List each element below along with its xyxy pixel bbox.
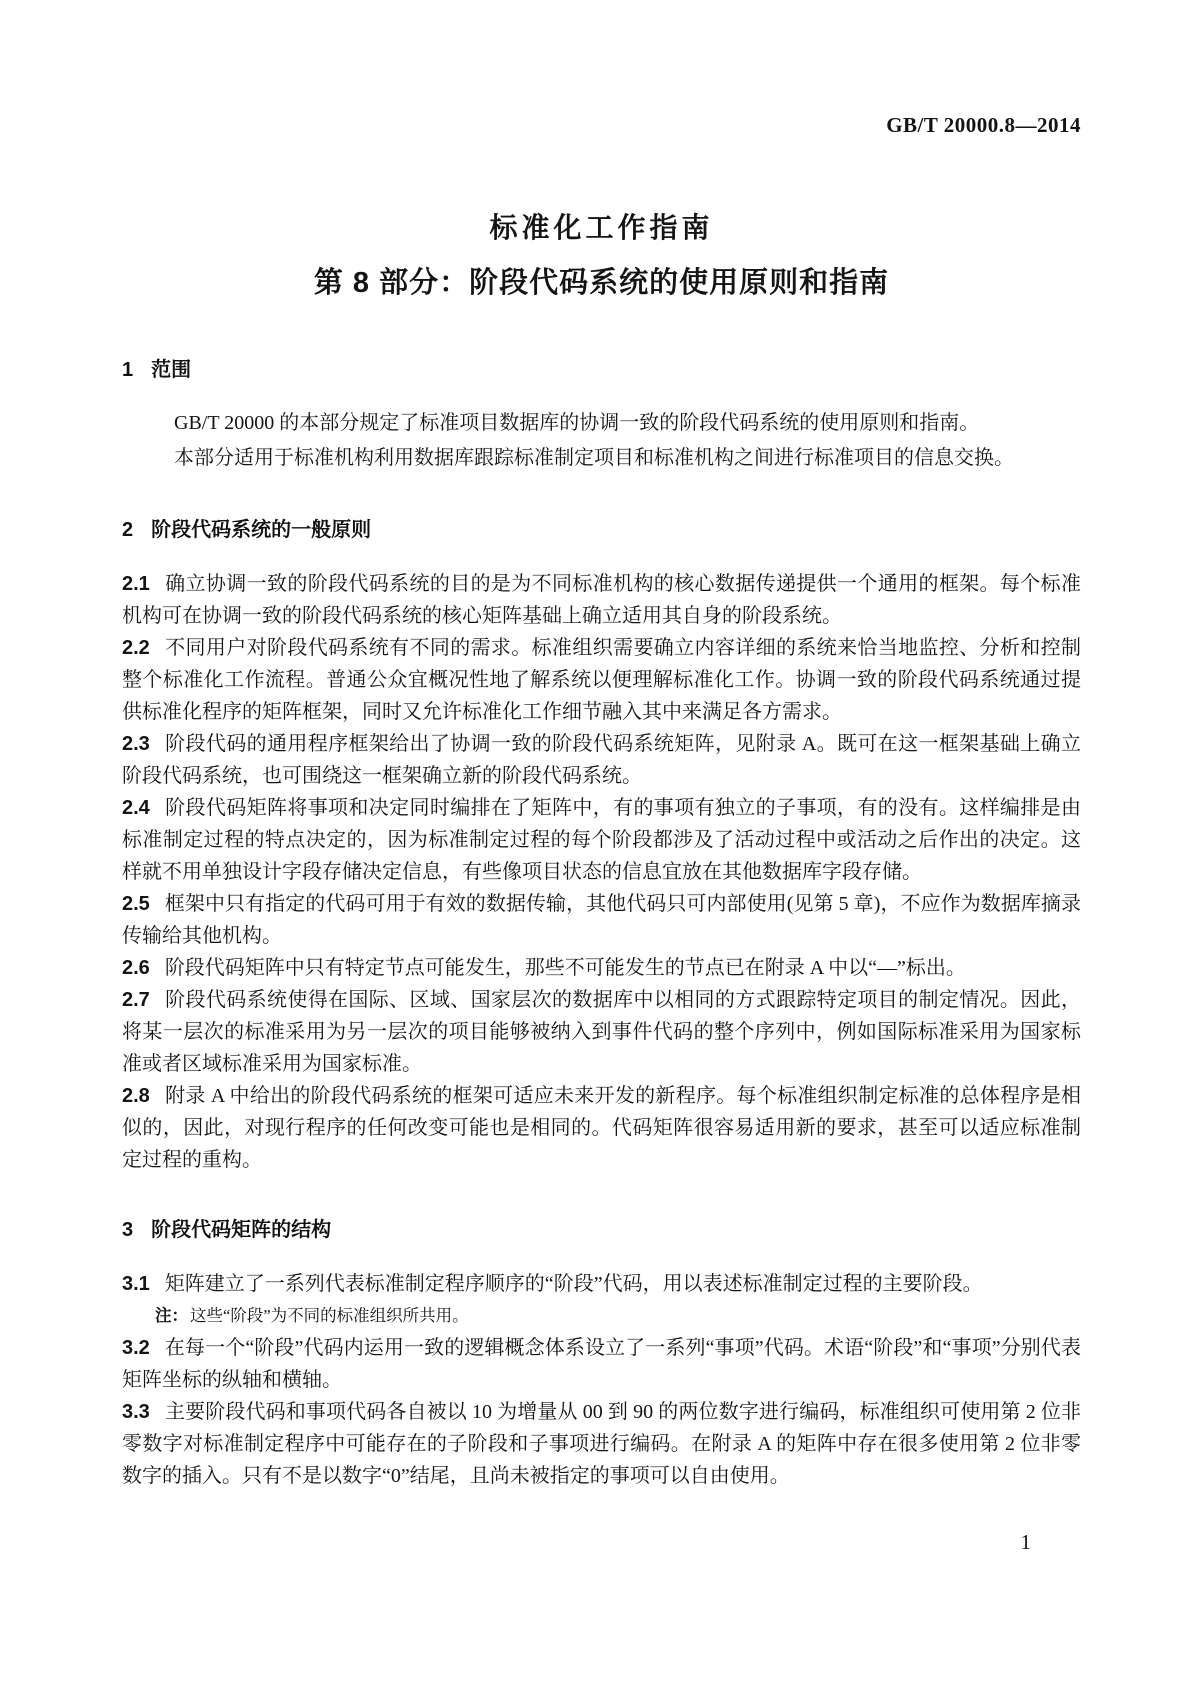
title-line2: 第 8 部分：阶段代码系统的使用原则和指南 [122, 262, 1081, 304]
clause-2-8-number: 2.8 [122, 1085, 150, 1107]
standard-number: GB/T 20000.8—2014 [122, 0, 1081, 138]
clause-2-8: 2.8附录 A 中给出的阶段代码系统的框架可适应未来开发的新程序。每个标准组织制… [122, 1080, 1081, 1176]
clause-2-5-text: 框架中只有指定的代码可用于有效的数据传输，其他代码只可内部使用(见第 5 章)，… [122, 893, 1081, 947]
clause-2-4-text: 阶段代码矩阵将事项和决定同时编排在了矩阵中，有的事项有独立的子事项，有的没有。这… [122, 797, 1081, 883]
clause-2-1: 2.1确立协调一致的阶段代码系统的目的是为不同标准机构的核心数据传递提供一个通用… [122, 568, 1081, 632]
clause-2-3-text: 阶段代码的通用程序框架给出了协调一致的阶段代码系统矩阵，见附录 A。既可在这一框… [122, 733, 1081, 787]
section-1-number: 1 [122, 359, 133, 381]
clause-3-1-note: 注：这些“阶段”为不同的标准组织所共用。 [122, 1302, 1081, 1330]
clause-3-1-text: 矩阵建立了一系列代表标准制定程序顺序的“阶段”代码，用以表述标准制定过程的主要阶… [165, 1273, 983, 1295]
clause-3-3-number: 3.3 [122, 1401, 150, 1423]
clause-3-2-text: 在每一个“阶段”代码内运用一致的逻辑概念体系设立了一系列“事项”代码。术语“阶段… [122, 1337, 1081, 1391]
note-text: 这些“阶段”为不同的标准组织所共用。 [190, 1306, 469, 1325]
clause-2-2-text: 不同用户对阶段代码系统有不同的需求。标准组织需要确立内容详细的系统来恰当地监控、… [122, 637, 1081, 723]
paragraph-scope-2: 本部分适用于标准机构利用数据库跟踪标准制定项目和标准机构之间进行标准项目的信息交… [122, 441, 1081, 476]
section-1-heading: 1范围 [122, 356, 1081, 384]
clause-3-2-number: 3.2 [122, 1337, 150, 1359]
title-line1: 标准化工作指南 [122, 208, 1081, 248]
paragraph-scope-1: GB/T 20000 的本部分规定了标准项目数据库的协调一致的阶段代码系统的使用… [122, 406, 1081, 441]
section-3-title: 阶段代码矩阵的结构 [151, 1219, 331, 1241]
section-1-title: 范围 [151, 359, 191, 381]
clause-2-7-text: 阶段代码系统使得在国际、区域、国家层次的数据库中以相同的方式跟踪特定项目的制定情… [122, 989, 1081, 1075]
section-2-number: 2 [122, 519, 133, 541]
clause-2-4: 2.4阶段代码矩阵将事项和决定同时编排在了矩阵中，有的事项有独立的子事项，有的没… [122, 792, 1081, 888]
clause-2-2: 2.2不同用户对阶段代码系统有不同的需求。标准组织需要确立内容详细的系统来恰当地… [122, 632, 1081, 728]
section-2-heading: 2阶段代码系统的一般原则 [122, 516, 1081, 544]
note-label: 注： [155, 1307, 188, 1325]
clause-3-2: 3.2在每一个“阶段”代码内运用一致的逻辑概念体系设立了一系列“事项”代码。术语… [122, 1332, 1081, 1396]
clause-2-5: 2.5框架中只有指定的代码可用于有效的数据传输，其他代码只可内部使用(见第 5 … [122, 888, 1081, 952]
clause-3-3-text: 主要阶段代码和事项代码各自被以 10 为增量从 00 到 90 的两位数字进行编… [122, 1401, 1081, 1487]
clause-2-1-text: 确立协调一致的阶段代码系统的目的是为不同标准机构的核心数据传递提供一个通用的框架… [122, 573, 1081, 627]
section-1-body: GB/T 20000 的本部分规定了标准项目数据库的协调一致的阶段代码系统的使用… [122, 406, 1081, 476]
clause-2-7-number: 2.7 [122, 989, 150, 1011]
page-content: GB/T 20000.8—2014 标准化工作指南 第 8 部分：阶段代码系统的… [122, 0, 1081, 1492]
clause-2-2-number: 2.2 [122, 637, 150, 659]
clause-2-3-number: 2.3 [122, 733, 150, 755]
clause-3-3: 3.3主要阶段代码和事项代码各自被以 10 为增量从 00 到 90 的两位数字… [122, 1396, 1081, 1492]
section-3-number: 3 [122, 1219, 133, 1241]
clause-3-1: 3.1矩阵建立了一系列代表标准制定程序顺序的“阶段”代码，用以表述标准制定过程的… [122, 1268, 1081, 1300]
clause-2-5-number: 2.5 [122, 893, 150, 915]
clause-2-6: 2.6阶段代码矩阵中只有特定节点可能发生，那些不可能发生的节点已在附录 A 中以… [122, 952, 1081, 984]
document-page: GB/T 20000.8—2014 标准化工作指南 第 8 部分：阶段代码系统的… [0, 0, 1191, 1684]
section-2-title: 阶段代码系统的一般原则 [151, 519, 371, 541]
clause-2-6-text: 阶段代码矩阵中只有特定节点可能发生，那些不可能发生的节点已在附录 A 中以“—”… [165, 957, 966, 979]
clause-3-1-number: 3.1 [122, 1273, 150, 1295]
clause-2-4-number: 2.4 [122, 797, 150, 819]
clause-2-1-number: 2.1 [122, 573, 150, 595]
clause-2-8-text: 附录 A 中给出的阶段代码系统的框架可适应未来开发的新程序。每个标准组织制定标准… [122, 1085, 1081, 1171]
clause-2-3: 2.3阶段代码的通用程序框架给出了协调一致的阶段代码系统矩阵，见附录 A。既可在… [122, 728, 1081, 792]
clause-2-6-number: 2.6 [122, 957, 150, 979]
document-title: 标准化工作指南 第 8 部分：阶段代码系统的使用原则和指南 [122, 208, 1081, 304]
page-number: 1 [1021, 1528, 1032, 1556]
section-3-body: 3.1矩阵建立了一系列代表标准制定程序顺序的“阶段”代码，用以表述标准制定过程的… [122, 1268, 1081, 1492]
section-3-heading: 3阶段代码矩阵的结构 [122, 1216, 1081, 1244]
clause-2-7: 2.7阶段代码系统使得在国际、区域、国家层次的数据库中以相同的方式跟踪特定项目的… [122, 984, 1081, 1080]
section-2-body: 2.1确立协调一致的阶段代码系统的目的是为不同标准机构的核心数据传递提供一个通用… [122, 568, 1081, 1176]
